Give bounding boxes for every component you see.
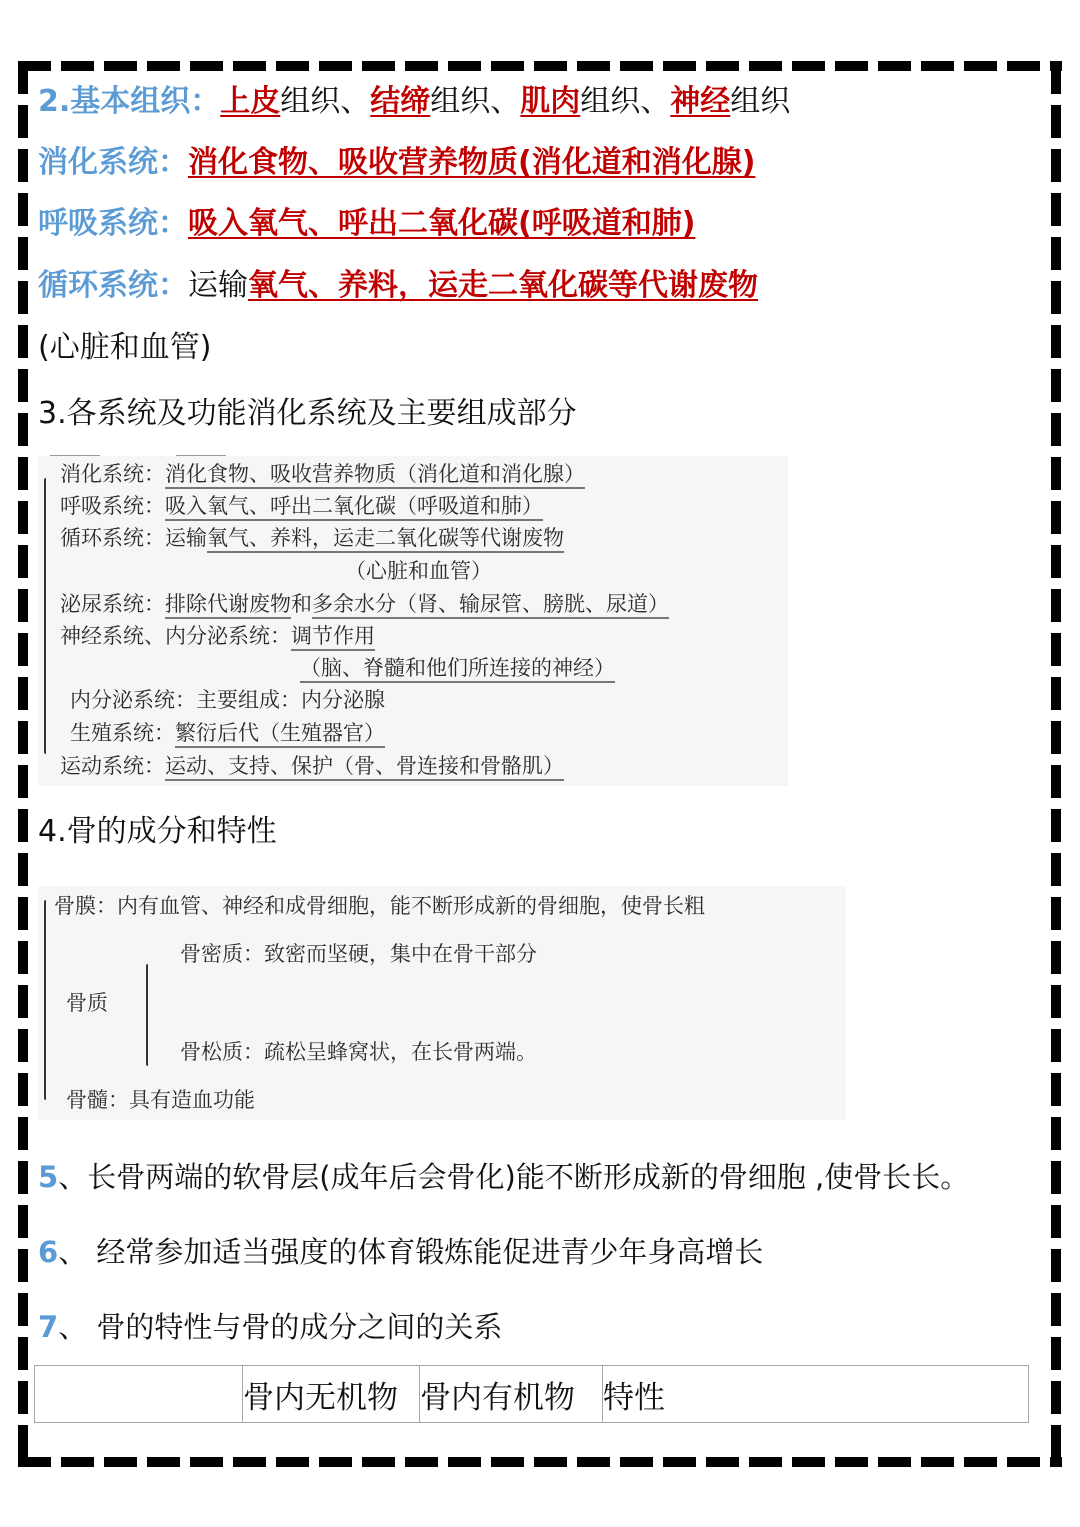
row-text: 排除代谢废物 bbox=[165, 592, 291, 619]
point-5: 5、长骨两端的软骨层(成年后会骨化)能不断形成新的骨细胞 ,使骨长长。 bbox=[38, 1157, 969, 1197]
left-brace bbox=[44, 478, 46, 754]
system-label: 呼吸系统 bbox=[38, 206, 158, 241]
outer-brace bbox=[44, 900, 46, 1100]
row-label: 泌尿系统： bbox=[60, 592, 165, 616]
decor-line bbox=[50, 455, 100, 456]
panel-row: （脑、脊髓和他们所连接的神经） bbox=[300, 654, 615, 682]
row-text: 消化食物、吸收营养物质（消化道和消化腺） bbox=[165, 462, 585, 489]
row-label: 呼吸系统： bbox=[60, 494, 165, 518]
row-label: 消化系统： bbox=[60, 462, 165, 486]
tissue-nerve: 神经 bbox=[670, 84, 730, 119]
point-text: 、 骨的特性与骨的成分之间的关系 bbox=[58, 1310, 502, 1344]
basic-tissues-line: 2.基本组织：上皮组织、结缔组织、肌肉组织、神经组织 bbox=[38, 82, 790, 122]
spongy-bone-row: 骨松质：疏松呈蜂窝状，在长骨两端。 bbox=[180, 1038, 537, 1066]
tissue-suffix: 组织、 bbox=[280, 84, 370, 119]
point-text: 、长骨两端的软骨层(成年后会骨化)能不断形成新的骨细胞 ,使骨长长。 bbox=[58, 1160, 969, 1194]
dashed-frame-right bbox=[1051, 61, 1061, 1467]
circulatory-system-line: 循环系统：运输氧气、养料，运走二氧化碳等代谢废物 bbox=[38, 266, 758, 306]
table-header-cell: 骨内有机物 bbox=[420, 1366, 603, 1423]
section-number: 2. bbox=[38, 84, 70, 119]
system-function: 吸入氧气、呼出二氧化碳(呼吸道和肺) bbox=[188, 206, 695, 241]
colon: ： bbox=[158, 206, 188, 241]
periosteum-row: 骨膜：内有血管、神经和成骨细胞，能不断形成新的骨细胞，使骨长粗 bbox=[54, 892, 705, 920]
row-label: 生殖系统： bbox=[70, 721, 175, 745]
panel-row: 神经系统、内分泌系统：调节作用 bbox=[60, 622, 375, 650]
row-text: 吸入氧气、呼出二氧化碳（呼吸道和肺） bbox=[165, 494, 543, 521]
row-text: 运动、支持、保护（骨、骨连接和骨骼肌） bbox=[165, 754, 564, 781]
row-text: 氧气、养料，运走二氧化碳等代谢废物 bbox=[207, 526, 564, 553]
section-title: 基本组织 bbox=[70, 84, 190, 119]
dashed-frame-left bbox=[18, 61, 28, 1467]
row-text: （心脏和血管） bbox=[345, 559, 492, 583]
inner-brace bbox=[146, 964, 148, 1066]
section4-title: 4.骨的成分和特性 bbox=[38, 812, 277, 852]
table-header-cell: 骨内无机物 bbox=[243, 1366, 420, 1423]
point-6: 6、 经常参加适当强度的体育锻炼能促进青少年身高增长 bbox=[38, 1232, 763, 1272]
respiratory-system-line: 呼吸系统：吸入氧气、呼出二氧化碳(呼吸道和肺) bbox=[38, 204, 695, 244]
dashed-frame-top bbox=[18, 61, 1062, 71]
row-label: 循环系统： bbox=[60, 526, 165, 550]
system-label: 消化系统 bbox=[38, 145, 158, 180]
tissue-suffix: 组织、 bbox=[430, 84, 520, 119]
colon: ： bbox=[158, 268, 188, 303]
system-prefix: 运输 bbox=[188, 268, 248, 303]
table-header-cell: 特性 bbox=[603, 1366, 1029, 1423]
panel-row: 运动系统：运动、支持、保护（骨、骨连接和骨骼肌） bbox=[60, 752, 564, 780]
compact-bone-row: 骨密质：致密而坚硬，集中在骨干部分 bbox=[180, 940, 537, 968]
panel-row: 呼吸系统：吸入氧气、呼出二氧化碳（呼吸道和肺） bbox=[60, 492, 543, 520]
panel-row: 循环系统：运输氧气、养料，运走二氧化碳等代谢废物 bbox=[60, 524, 564, 552]
system-function: 氧气、养料，运走二氧化碳等代谢废物 bbox=[248, 268, 758, 303]
row-prefix: 运输 bbox=[165, 526, 207, 550]
tissue-connective: 结缔 bbox=[370, 84, 430, 119]
colon: ： bbox=[158, 145, 188, 180]
marrow-row: 骨髓：具有造血功能 bbox=[66, 1086, 255, 1114]
panel-row: 消化系统：消化食物、吸收营养物质（消化道和消化腺） bbox=[60, 460, 585, 488]
row-label: 内分泌系统： bbox=[70, 688, 196, 712]
tissue-muscle: 肌肉 bbox=[520, 84, 580, 119]
section3-title: 3.各系统及功能消化系统及主要组成部分 bbox=[38, 394, 577, 434]
table-header-row: 骨内无机物 骨内有机物 特性 bbox=[35, 1366, 1029, 1423]
row-label: 神经系统、内分泌系统： bbox=[60, 624, 291, 648]
bone-composition-image: 骨膜：内有血管、神经和成骨细胞，能不断形成新的骨细胞，使骨长粗 骨密质：致密而坚… bbox=[38, 886, 846, 1120]
row-text: 调节作用 bbox=[291, 624, 375, 651]
row-mid: 和 bbox=[291, 592, 312, 616]
dashed-frame-bottom bbox=[18, 1457, 1062, 1467]
panel-row: 内分泌系统：主要组成：内分泌腺 bbox=[70, 686, 385, 714]
colon: ： bbox=[190, 84, 220, 119]
tissue-suffix: 组织、 bbox=[580, 84, 670, 119]
digestive-system-line: 消化系统：消化食物、吸收营养物质(消化道和消化腺) bbox=[38, 143, 755, 183]
systems-diagram-image: 消化系统：消化食物、吸收营养物质（消化道和消化腺） 呼吸系统：吸入氧气、呼出二氧… bbox=[38, 456, 788, 786]
point-number: 5 bbox=[38, 1160, 58, 1194]
row-text: 主要组成：内分泌腺 bbox=[196, 688, 385, 712]
point-7: 7、 骨的特性与骨的成分之间的关系 bbox=[38, 1307, 502, 1347]
point-number: 7 bbox=[38, 1310, 58, 1344]
circulation-note: (心脏和血管) bbox=[38, 328, 211, 368]
row-text: 多余水分（肾、输尿管、膀胱、尿道） bbox=[312, 592, 669, 619]
table-header-cell bbox=[35, 1366, 243, 1423]
decor-line bbox=[176, 455, 226, 456]
panel-row: 生殖系统：繁衍后代（生殖器官） bbox=[70, 719, 385, 747]
tissue-suffix: 组织 bbox=[730, 84, 790, 119]
system-function: 消化食物、吸收营养物质(消化道和消化腺) bbox=[188, 145, 755, 180]
bone-properties-table: 骨内无机物 骨内有机物 特性 bbox=[34, 1365, 1029, 1423]
point-text: 、 经常参加适当强度的体育锻炼能促进青少年身高增长 bbox=[58, 1235, 763, 1269]
tissue-epithelial: 上皮 bbox=[220, 84, 280, 119]
point-number: 6 bbox=[38, 1235, 58, 1269]
row-text: 繁衍后代（生殖器官） bbox=[175, 721, 385, 748]
row-text: （脑、脊髓和他们所连接的神经） bbox=[300, 656, 615, 683]
panel-row: 泌尿系统：排除代谢废物和多余水分（肾、输尿管、膀胱、尿道） bbox=[60, 590, 669, 618]
panel-row: （心脏和血管） bbox=[345, 557, 492, 585]
system-label: 循环系统 bbox=[38, 268, 158, 303]
row-label: 运动系统： bbox=[60, 754, 165, 778]
bone-substance-label: 骨质 bbox=[66, 989, 108, 1017]
